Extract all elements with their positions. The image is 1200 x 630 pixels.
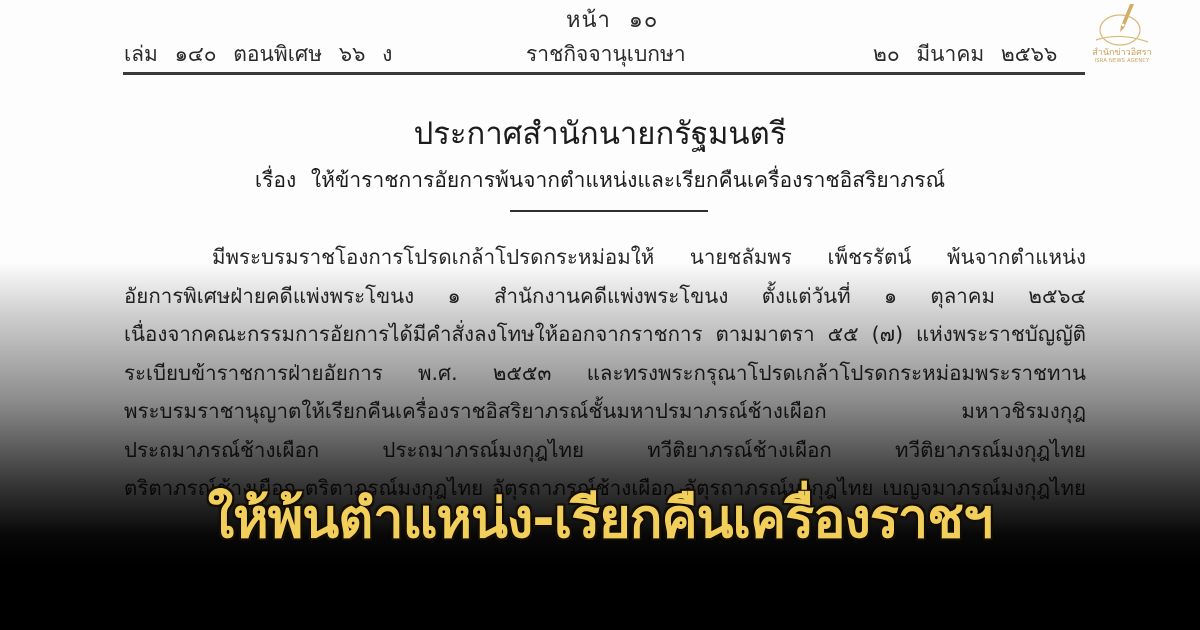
announcement-title: ประกาศสำนักนายกรัฐมนตรี — [0, 108, 1200, 158]
logo-name-english: ISRA NEWS AGENCY — [1090, 58, 1154, 64]
gazette-date: ๒๐ มีนาคม ๒๕๖๖ — [873, 38, 1057, 71]
news-headline: ให้พ้นตำแหน่ง-เรียกคืนเครื่องราชฯ — [0, 484, 1200, 554]
dark-gradient-overlay — [0, 262, 1200, 630]
isra-news-logo: สำนักข่าวอิศรา ISRA NEWS AGENCY — [1090, 2, 1154, 64]
announcement-subject: เรื่อง ให้ข้าราชการอัยการพ้นจากตำแหน่งแล… — [0, 164, 1200, 197]
logo-name-thai: สำนักข่าวอิศรา — [1090, 48, 1154, 58]
gazette-publication-name: ราชกิจจานุเบกษา — [526, 38, 686, 71]
gazette-volume: เล่ม ๑๔๐ ตอนพิเศษ ๖๖ ง — [124, 38, 392, 71]
pen-nib-icon — [1090, 2, 1154, 48]
page-number: หน้า ๑๐ — [566, 2, 658, 37]
header-divider — [123, 72, 1085, 75]
title-divider — [510, 210, 708, 212]
